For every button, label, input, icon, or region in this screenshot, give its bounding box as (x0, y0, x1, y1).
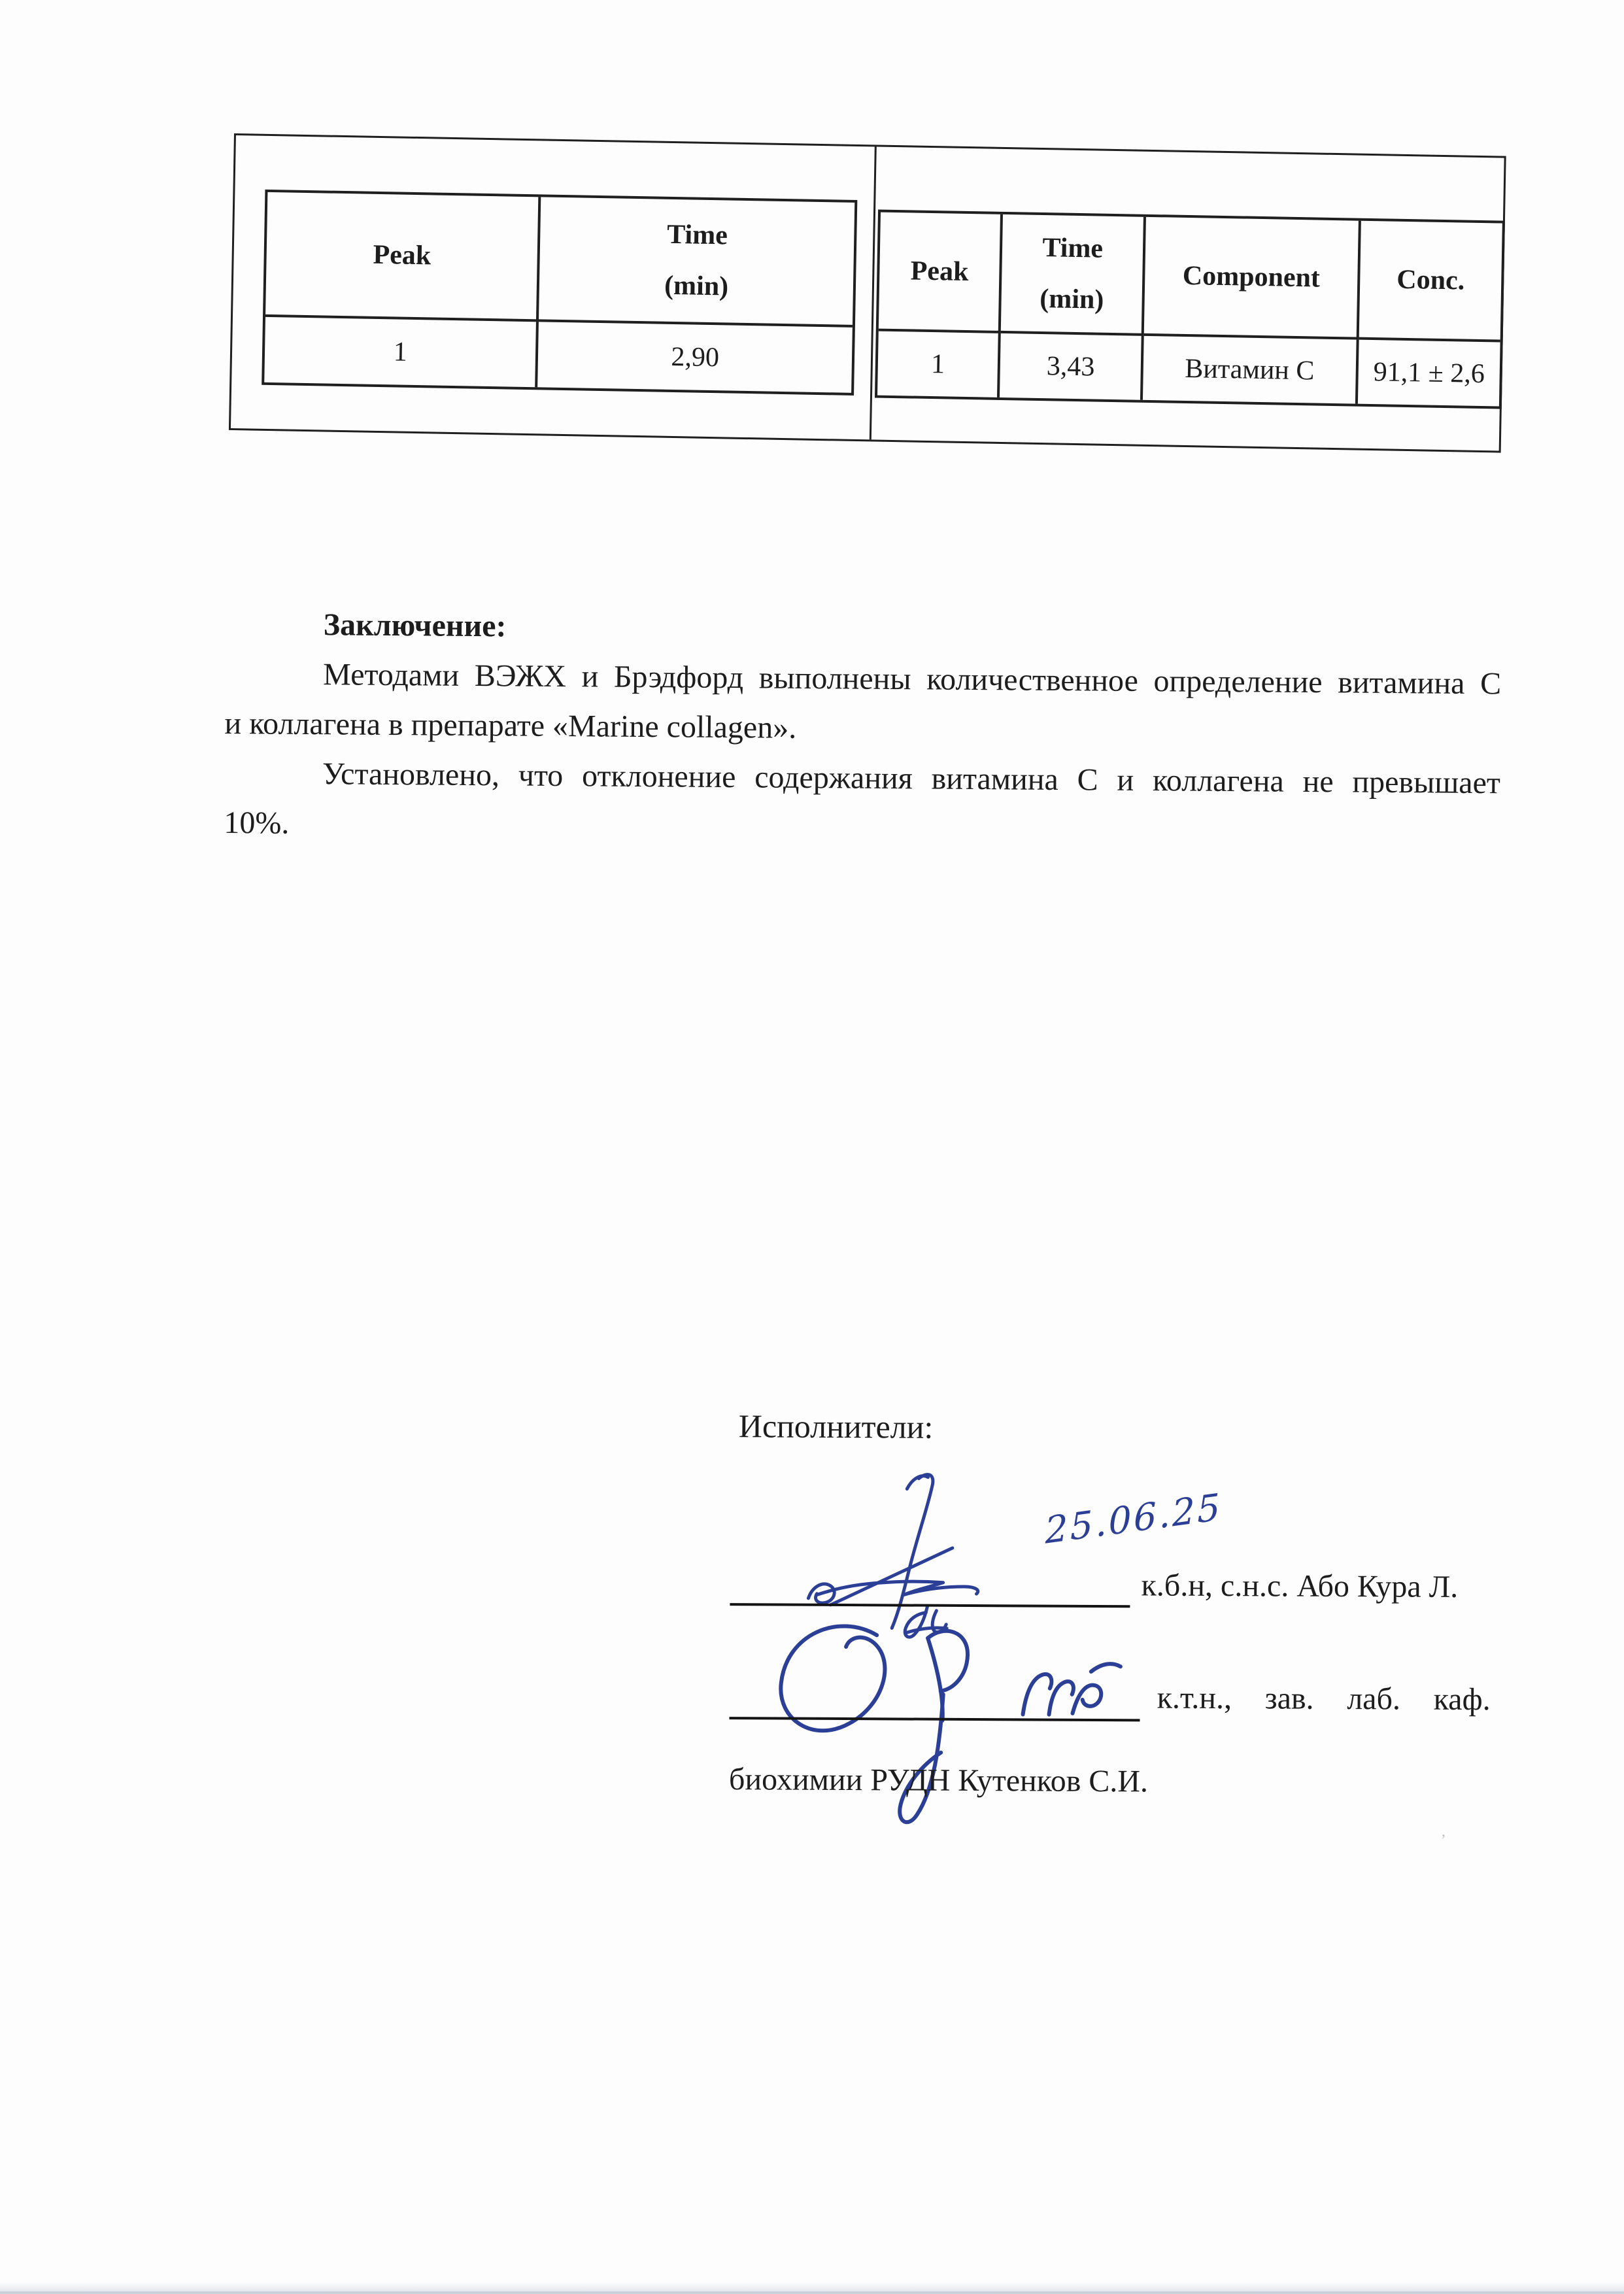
signatures-section: Исполнители: 25.06.25 к.б.н, с.н.с. Або … (0, 0, 1624, 2294)
scanned-document-page: Peak Time (min) 1 2,90 Peak Time (min) (0, 0, 1624, 2294)
signer-2-title-line2: биохимии РУДН Кутенков С.И. (729, 1761, 1148, 1799)
signer-2-title-line1: к.т.н., зав. лаб. каф. (1157, 1680, 1491, 1718)
scan-speck: , (1442, 1821, 1446, 1841)
scan-bottom-edge (0, 2291, 1624, 2294)
signer-1-title: к.б.н, с.н.с. Або Кура Л. (1141, 1567, 1458, 1605)
handwritten-date: 25.06.25 (1044, 1486, 1223, 1553)
executors-heading: Исполнители: (739, 1407, 934, 1446)
